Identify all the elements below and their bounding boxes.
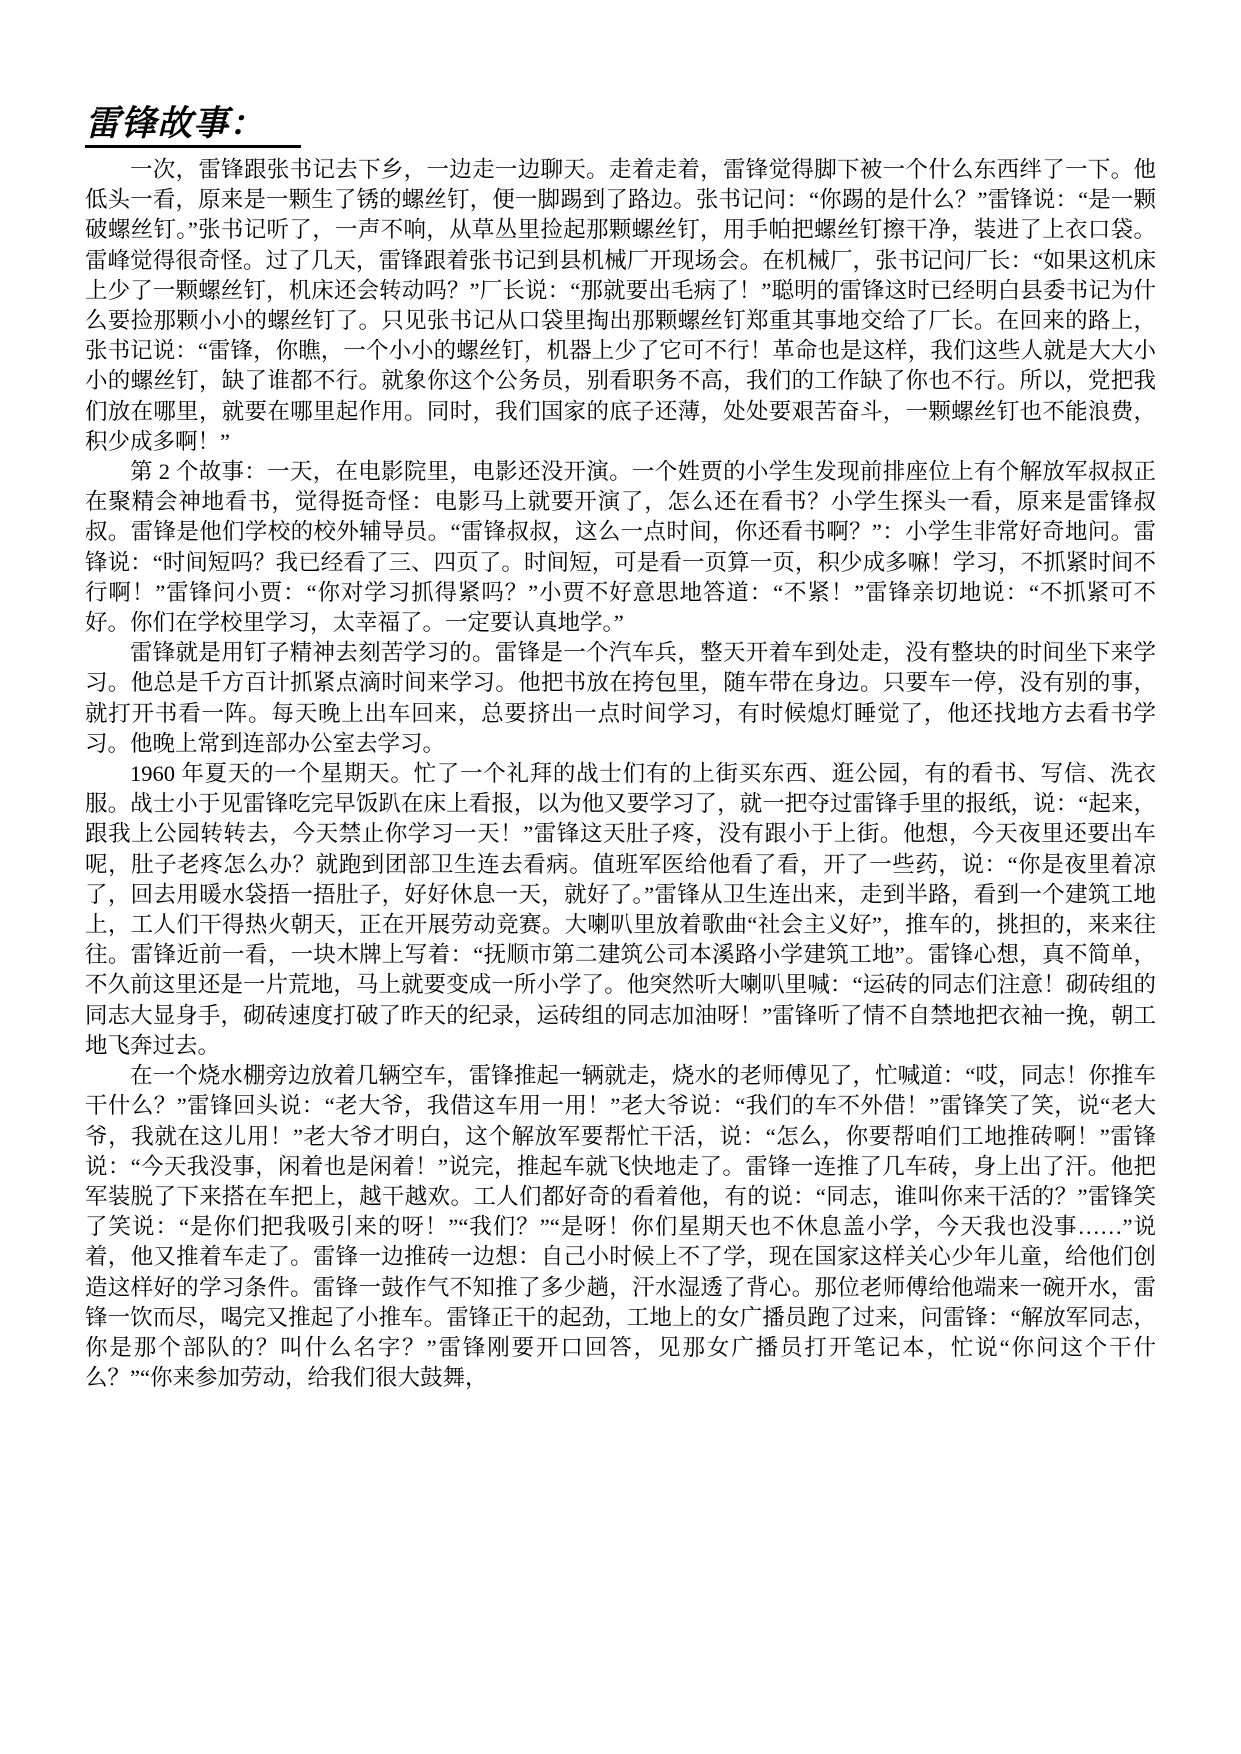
paragraph-story-screw: 一次，雷锋跟张书记去下乡，一边走一边聊天。走着走着，雷锋觉得脚下被一个什么东西绊…	[85, 155, 1156, 457]
paragraph-story-sunday-1960: 1960 年夏天的一个星期天。忙了一个礼拜的战士们有的上街买东西、逛公园，有的看…	[85, 759, 1156, 1061]
document-title: 雷锋故事：	[85, 104, 1156, 148]
document-page: 雷锋故事： 一次，雷锋跟张书记去下乡，一边走一边聊天。走着走着，雷锋觉得脚下被一…	[0, 0, 1241, 1754]
document-content: 雷锋故事： 一次，雷锋跟张书记去下乡，一边走一边聊天。走着走着，雷锋觉得脚下被一…	[85, 104, 1156, 1393]
paragraph-story-nail-spirit: 雷锋就是用钉子精神去刻苦学习的。雷锋是一个汽车兵，整天开着车到处走，没有整块的时…	[85, 638, 1156, 759]
document-title-text: 雷锋故事：	[85, 104, 301, 148]
paragraph-story-cinema: 第 2 个故事：一天，在电影院里，电影还没开演。一个姓贾的小学生发现前排座位上有…	[85, 457, 1156, 638]
paragraph-story-construction-site: 在一个烧水棚旁边放着几辆空车，雷锋推起一辆就走，烧水的老师傅见了，忙喊道：“哎，…	[85, 1061, 1156, 1393]
